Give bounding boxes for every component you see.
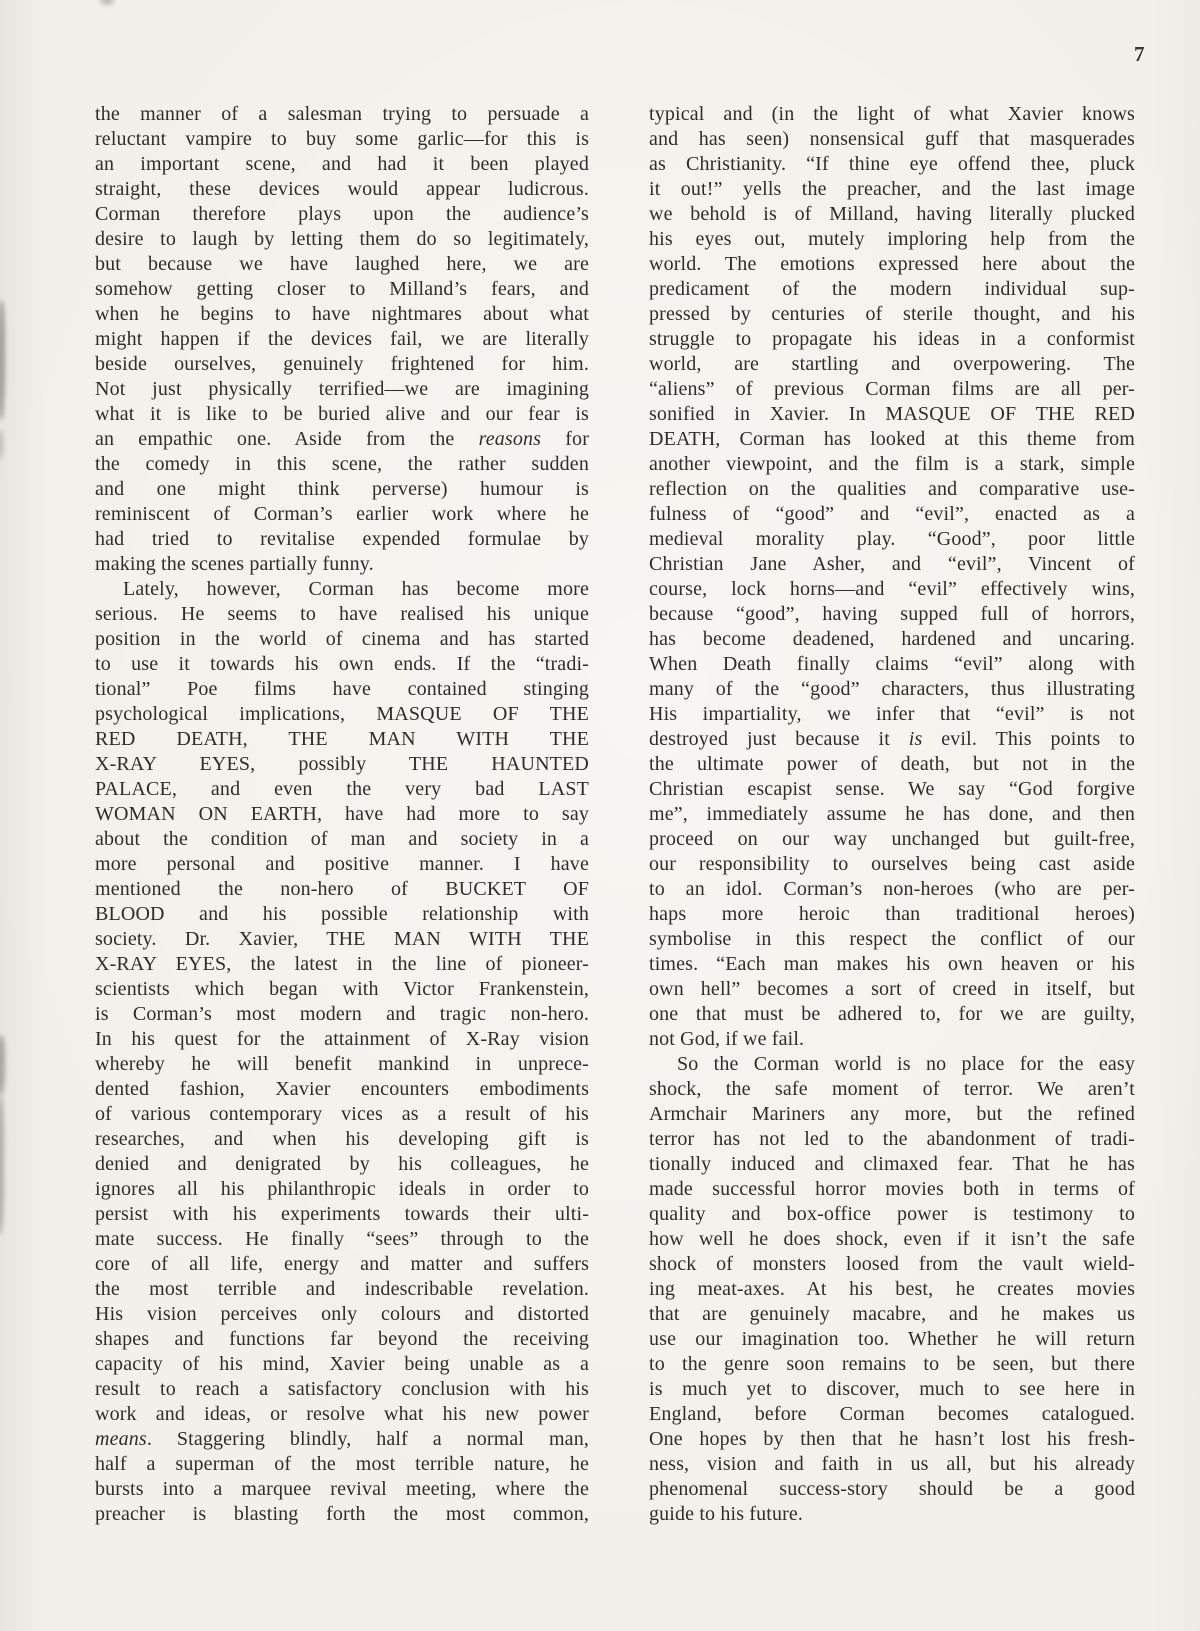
scan-smudge-icon bbox=[0, 1095, 4, 1235]
text-line: straight, these devices would appear lud… bbox=[95, 177, 589, 202]
text-line: of various contemporary vices as a resul… bbox=[95, 1102, 589, 1127]
text-line: to use it towards his own ends. If the “… bbox=[95, 652, 589, 677]
text-line: RED DEATH, THE MAN WITH THE bbox=[95, 727, 589, 752]
scan-smudge-icon bbox=[100, 0, 114, 5]
text-line: to the genre soon remains to be seen, bu… bbox=[649, 1352, 1135, 1377]
text-line: terror has not led to the abandonment of… bbox=[649, 1127, 1135, 1152]
text-line: persist with his experiments towards the… bbox=[95, 1202, 589, 1227]
text-line: reluctant vampire to buy some garlic—for… bbox=[95, 127, 589, 152]
text-line: we behold is of Milland, having literall… bbox=[649, 202, 1135, 227]
text-line: serious. He seems to have realised his u… bbox=[95, 602, 589, 627]
text-line: phenomenal success-story should be a goo… bbox=[649, 1477, 1135, 1502]
paragraph: So the Corman world is no place for the … bbox=[649, 1052, 1135, 1527]
text-line: not God, if we fail. bbox=[649, 1027, 1135, 1052]
text-line: reflection on the qualities and comparat… bbox=[649, 477, 1135, 502]
text-line: struggle to propagate his ideas in a con… bbox=[649, 327, 1135, 352]
text-line: when he begins to have nightmares about … bbox=[95, 302, 589, 327]
text-line: quality and box-office power is testimon… bbox=[649, 1202, 1135, 1227]
text-line: the most terrible and indescribable reve… bbox=[95, 1277, 589, 1302]
text-line: mate success. He finally “sees” through … bbox=[95, 1227, 589, 1252]
text-line: fulness of “good” and “evil”, enacted as… bbox=[649, 502, 1135, 527]
text-line: ing meat-axes. At his best, he creates m… bbox=[649, 1277, 1135, 1302]
text-line: an empathic one. Aside from the reasons … bbox=[95, 427, 589, 452]
text-line: typical and (in the light of what Xavier… bbox=[649, 102, 1135, 127]
text-line: many of the “good” characters, thus illu… bbox=[649, 677, 1135, 702]
text-line: So the Corman world is no place for the … bbox=[649, 1052, 1135, 1077]
text-line: made successful horror movies both in te… bbox=[649, 1177, 1135, 1202]
text-line: Christian escapist sense. We say “God fo… bbox=[649, 777, 1135, 802]
text-line: another viewpoint, and the film is a sta… bbox=[649, 452, 1135, 477]
text-line: proceed on our way unchanged but guilt-f… bbox=[649, 827, 1135, 852]
text-line: work and ideas, or resolve what his new … bbox=[95, 1402, 589, 1427]
text-line: X-RAY EYES, the latest in the line of pi… bbox=[95, 952, 589, 977]
text-line: desire to laugh by letting them do so le… bbox=[95, 227, 589, 252]
text-line: When Death finally claims “evil” along w… bbox=[649, 652, 1135, 677]
text-line: is Corman’s most modern and tragic non-h… bbox=[95, 1002, 589, 1027]
text-line: core of all life, energy and matter and … bbox=[95, 1252, 589, 1277]
text-line: own hell” becomes a sort of creed in its… bbox=[649, 977, 1135, 1002]
text-line: tional” Poe films have contained stingin… bbox=[95, 677, 589, 702]
text-line: Corman therefore plays upon the audience… bbox=[95, 202, 589, 227]
scanned-page: 7 the manner of a salesman trying to per… bbox=[0, 0, 1200, 1631]
scan-smudge-icon bbox=[0, 1035, 5, 1095]
text-line: In his quest for the attainment of X-Ray… bbox=[95, 1027, 589, 1052]
text-line: His impartiality, we infer that “evil” i… bbox=[649, 702, 1135, 727]
text-line: use our imagination too. Whether he will… bbox=[649, 1327, 1135, 1352]
text-line: PALACE, and even the very bad LAST bbox=[95, 777, 589, 802]
text-line: tionally induced and climaxed fear. That… bbox=[649, 1152, 1135, 1177]
text-line: scientists which began with Victor Frank… bbox=[95, 977, 589, 1002]
text-line: guide to his future. bbox=[649, 1502, 1135, 1527]
text-line: haps more heroic than traditional heroes… bbox=[649, 902, 1135, 927]
article-column-left: the manner of a salesman trying to persu… bbox=[95, 102, 589, 1527]
text-line: Not just physically terrified—we are ima… bbox=[95, 377, 589, 402]
text-line: ignores all his philanthropic ideals in … bbox=[95, 1177, 589, 1202]
scan-smudge-icon bbox=[0, 430, 3, 460]
text-line: preacher is blasting forth the most comm… bbox=[95, 1502, 589, 1527]
text-line: making the scenes partially funny. bbox=[95, 552, 589, 577]
text-line: had tried to revitalise expended formula… bbox=[95, 527, 589, 552]
text-line: world. The emotions expressed here about… bbox=[649, 252, 1135, 277]
text-line: society. Dr. Xavier, THE MAN WITH THE bbox=[95, 927, 589, 952]
text-line: more personal and positive manner. I hav… bbox=[95, 852, 589, 877]
article-column-right: typical and (in the light of what Xavier… bbox=[649, 102, 1135, 1527]
text-line: whereby he will benefit mankind in unpre… bbox=[95, 1052, 589, 1077]
text-line: Christian Jane Asher, and “evil”, Vincen… bbox=[649, 552, 1135, 577]
text-line: pressed by centuries of sterile thought,… bbox=[649, 302, 1135, 327]
text-line: sonified in Xavier. In MASQUE OF THE RED bbox=[649, 402, 1135, 427]
text-line: beside ourselves, genuinely frightened f… bbox=[95, 352, 589, 377]
text-line: times. “Each man makes his own heaven or… bbox=[649, 952, 1135, 977]
text-line: it out!” yells the preacher, and the las… bbox=[649, 177, 1135, 202]
text-line: shock of monsters loosed from the vault … bbox=[649, 1252, 1135, 1277]
text-line: what it is like to be buried alive and o… bbox=[95, 402, 589, 427]
text-line: One hopes by then that he hasn’t lost hi… bbox=[649, 1427, 1135, 1452]
text-line: X-RAY EYES, possibly THE HAUNTED bbox=[95, 752, 589, 777]
text-line: result to reach a satisfactory conclusio… bbox=[95, 1377, 589, 1402]
text-line: our responsibility to ourselves being ca… bbox=[649, 852, 1135, 877]
text-line: position in the world of cinema and has … bbox=[95, 627, 589, 652]
text-line: DEATH, Corman has looked at this theme f… bbox=[649, 427, 1135, 452]
text-line: is much yet to discover, much to see her… bbox=[649, 1377, 1135, 1402]
text-line: about the condition of man and society i… bbox=[95, 827, 589, 852]
text-line: and one might think perverse) humour is bbox=[95, 477, 589, 502]
text-line: half a superman of the most terrible nat… bbox=[95, 1452, 589, 1477]
text-line: Lately, however, Corman has become more bbox=[95, 577, 589, 602]
text-line: means. Staggering blindly, half a normal… bbox=[95, 1427, 589, 1452]
text-line: dented fashion, Xavier encounters embodi… bbox=[95, 1077, 589, 1102]
text-line: ness, vision and faith in us all, but hi… bbox=[649, 1452, 1135, 1477]
text-line: Armchair Mariners any more, but the refi… bbox=[649, 1102, 1135, 1127]
paragraph: typical and (in the light of what Xavier… bbox=[649, 102, 1135, 1052]
text-line: somehow getting closer to Milland’s fear… bbox=[95, 277, 589, 302]
text-line: BLOOD and his possible relationship with bbox=[95, 902, 589, 927]
text-line: symbolise in this respect the conflict o… bbox=[649, 927, 1135, 952]
text-line: but because we have laughed here, we are bbox=[95, 252, 589, 277]
text-line: world, are startling and overpowering. T… bbox=[649, 352, 1135, 377]
text-line: the comedy in this scene, the rather sud… bbox=[95, 452, 589, 477]
text-line: mentioned the non-hero of BUCKET OF bbox=[95, 877, 589, 902]
text-line: researches, and when his developing gift… bbox=[95, 1127, 589, 1152]
text-line: as Christianity. “If thine eye offend th… bbox=[649, 152, 1135, 177]
text-line: shock, the safe moment of terror. We are… bbox=[649, 1077, 1135, 1102]
paragraph: the manner of a salesman trying to persu… bbox=[95, 102, 589, 577]
text-line: WOMAN ON EARTH, have had more to say bbox=[95, 802, 589, 827]
text-line: an important scene, and had it been play… bbox=[95, 152, 589, 177]
text-line: that are genuinely macabre, and he makes… bbox=[649, 1302, 1135, 1327]
text-line: course, lock horns—and “evil” effectivel… bbox=[649, 577, 1135, 602]
text-line: “aliens” of previous Corman films are al… bbox=[649, 377, 1135, 402]
text-line: psychological implications, MASQUE OF TH… bbox=[95, 702, 589, 727]
text-line: might happen if the devices fail, we are… bbox=[95, 327, 589, 352]
text-line: his eyes out, mutely imploring help from… bbox=[649, 227, 1135, 252]
text-line: has become deadened, hardened and uncari… bbox=[649, 627, 1135, 652]
text-line: the manner of a salesman trying to persu… bbox=[95, 102, 589, 127]
text-line: me”, immediately assume he has done, and… bbox=[649, 802, 1135, 827]
text-line: reminiscent of Corman’s earlier work whe… bbox=[95, 502, 589, 527]
text-line: the ultimate power of death, but not in … bbox=[649, 752, 1135, 777]
text-line: bursts into a marquee revival meeting, w… bbox=[95, 1477, 589, 1502]
page-number: 7 bbox=[1134, 42, 1145, 67]
text-line: His vision perceives only colours and di… bbox=[95, 1302, 589, 1327]
scan-smudge-icon bbox=[0, 300, 5, 420]
text-line: denied and denigrated by his colleagues,… bbox=[95, 1152, 589, 1177]
text-line: because “good”, having supped full of ho… bbox=[649, 602, 1135, 627]
text-line: shapes and functions far beyond the rece… bbox=[95, 1327, 589, 1352]
text-line: to an idol. Corman’s non-heroes (who are… bbox=[649, 877, 1135, 902]
text-line: destroyed just because it is evil. This … bbox=[649, 727, 1135, 752]
text-line: one that must be adhered to, for we are … bbox=[649, 1002, 1135, 1027]
text-line: capacity of his mind, Xavier being unabl… bbox=[95, 1352, 589, 1377]
paragraph: Lately, however, Corman has become mores… bbox=[95, 577, 589, 1527]
text-line: and has seen) nonsensical guff that masq… bbox=[649, 127, 1135, 152]
text-line: how well he does shock, even if it isn’t… bbox=[649, 1227, 1135, 1252]
text-line: England, before Corman becomes catalogue… bbox=[649, 1402, 1135, 1427]
text-line: predicament of the modern individual sup… bbox=[649, 277, 1135, 302]
text-line: medieval morality play. “Good”, poor lit… bbox=[649, 527, 1135, 552]
